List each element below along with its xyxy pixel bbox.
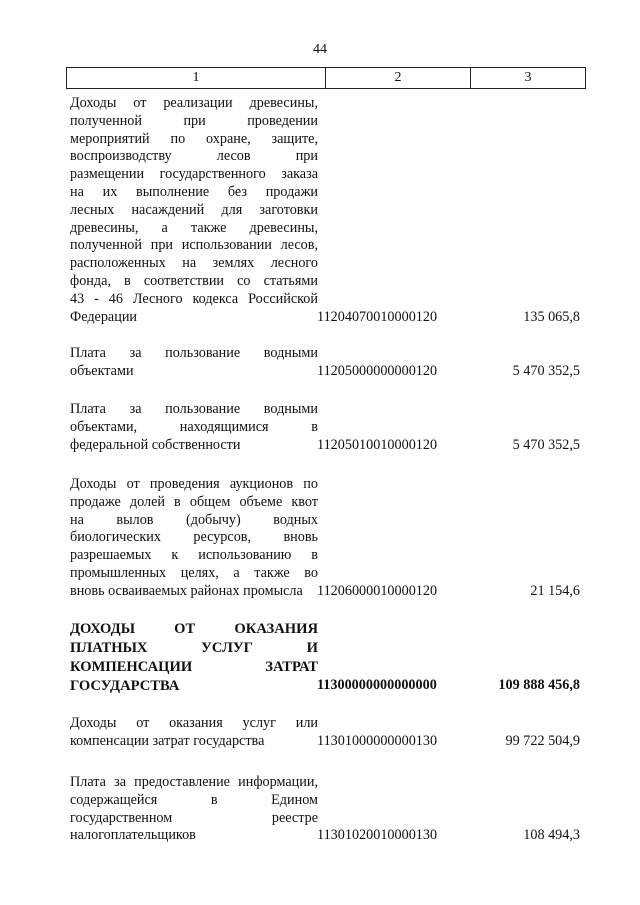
description-line: налогоплательщиков [70,827,318,845]
budget-code: 11206000010000120 [317,583,467,601]
description-line: Доходы от оказания услуг или [70,715,318,733]
description-line: Доходы от проведения аукционов по [70,476,318,494]
page-number: 44 [0,42,640,58]
description-line: размещении государственного заказа [70,166,318,184]
description-line: Федерации [70,309,318,327]
description-line: содержащейся в Едином [70,792,318,810]
description-line: объектами, находящимися в [70,419,318,437]
column-header-2: 2 [326,68,471,88]
description-line: ПЛАТНЫХ УСЛУГ И [70,639,318,658]
description-line: вновь осваиваемых районах промысла [70,583,318,601]
budget-code: 11205000000000120 [317,363,467,381]
description-line: на их выполнение без продажи [70,184,318,202]
description-line: разрешаемых к использованию в [70,547,318,565]
description-line: продаже долей в общем объеме квот [70,494,318,512]
budget-code: 11300000000000000 [317,677,467,695]
row-description: Плата за пользование водными объектами [70,345,318,381]
description-line: промышленных целях, а также во [70,565,318,583]
row-description: Плата за предоставление информации, соде… [70,774,318,845]
description-line: Плата за пользование водными [70,345,318,363]
description-line: государственном реестре [70,810,318,828]
budget-code: 11301000000000130 [317,733,467,751]
description-line: ДОХОДЫ ОТ ОКАЗАНИЯ [70,620,318,639]
amount: 109 888 456,8 [460,677,580,695]
row-description: Доходы от проведения аукционов по продаж… [70,476,318,601]
amount: 99 722 504,9 [460,733,580,751]
description-line: биологических ресурсов, вновь [70,529,318,547]
row-description: Плата за пользование водными объектами, … [70,401,318,454]
amount: 5 470 352,5 [460,363,580,381]
budget-code: 11205010010000120 [317,437,467,455]
description-line: воспроизводству лесов при [70,148,318,166]
description-line: Доходы от реализации древесины, [70,95,318,113]
description-line: на вылов (добычу) водных [70,512,318,530]
description-line: полученной при использовании лесов, [70,237,318,255]
description-line: Плата за пользование водными [70,401,318,419]
amount: 5 470 352,5 [460,437,580,455]
amount: 135 065,8 [460,309,580,327]
description-line: полученной при проведении [70,113,318,131]
amount: 108 494,3 [460,827,580,845]
description-line: объектами [70,363,318,381]
description-line: древесины, а также древесины, [70,220,318,238]
amount: 21 154,6 [460,583,580,601]
description-line: Плата за предоставление информации, [70,774,318,792]
table-header: 1 2 3 [66,67,586,89]
description-line: фонда, в соответствии со статьями [70,273,318,291]
row-description: Доходы от реализации древесины, полученн… [70,95,318,326]
description-line: федеральной собственности [70,437,318,455]
budget-code: 11204070010000120 [317,309,467,327]
description-line: 43 - 46 Лесного кодекса Российской [70,291,318,309]
description-line: ГОСУДАРСТВА [70,677,318,696]
description-line: расположенных на землях лесного [70,255,318,273]
column-header-3: 3 [471,68,585,88]
description-line: мероприятий по охране, защите, [70,131,318,149]
column-header-1: 1 [67,68,326,88]
row-description: ДОХОДЫ ОТ ОКАЗАНИЯ ПЛАТНЫХ УСЛУГ И КОМПЕ… [70,620,318,696]
description-line: лесных насаждений для заготовки [70,202,318,220]
budget-code: 11301020010000130 [317,827,467,845]
description-line: КОМПЕНСАЦИИ ЗАТРАТ [70,658,318,677]
row-description: Доходы от оказания услуг или компенсации… [70,715,318,751]
description-line: компенсации затрат государства [70,733,318,751]
